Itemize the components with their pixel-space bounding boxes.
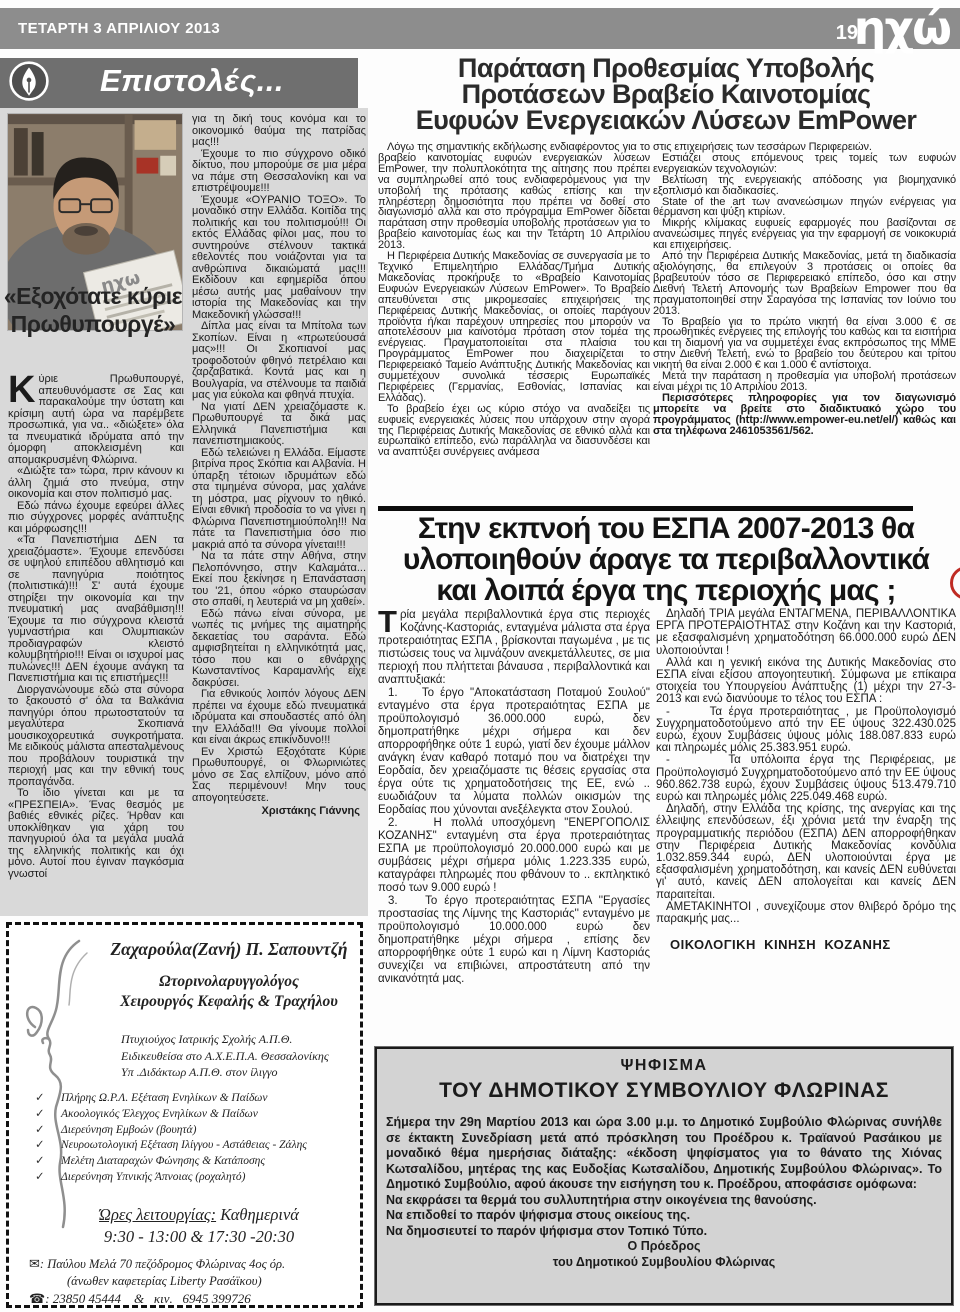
article-paragraph: Το βραβείο έχει ως κύριο στόχο να αναδεί… — [378, 404, 650, 459]
letters-section-bar: Επιστολές... — [0, 58, 358, 108]
newspaper-logo: ηχώ — [854, 1, 950, 55]
letter-paragraph: Έχουμε «ΟΥΡΑΝΙΟ ΤΟΞΟ». Το μοναδικό στην … — [192, 195, 366, 322]
letter-paragraph: Εδώ πάνω είναι σύνορα, με νωπές τις μνήμ… — [192, 609, 366, 690]
service-item: ✓Πλήρης Ω.Ρ.Λ. Εξέταση Ενηλίκων & Παίδων — [35, 1091, 357, 1107]
credential-line: Ειδικευθείσα στο Α.Χ.Ε.Π.Α. Θεσσαλονίκης — [121, 1048, 329, 1065]
service-item: ✓Νευροωτολογική Εξέταση Ιλίγγου - Αστάθε… — [35, 1138, 357, 1154]
resolution-subtitle: ΤΟΥ ΔΗΜΟΤΙΚΟΥ ΣΥΜΒΟΥΛΙΟΥ ΦΛΩΡΙΝΑΣ — [377, 1079, 951, 1103]
letter-title: «Εξοχότατε κύριε Πρωθυπουργέ» — [2, 282, 184, 338]
resolution-signer-role: Ο Πρόεδρος — [377, 1239, 951, 1255]
article-paragraph: Τρία μεγάλα περιβαλλοντικά έργα στις περ… — [378, 609, 650, 687]
article-paragraph: Από την Περιφέρεια Δυτικής Μακεδονίας, μ… — [653, 251, 956, 316]
letter-paragraph: «Τα Πανεπιστήμια ΔΕΝ τα χρειαζόμαστε». Έ… — [8, 535, 184, 685]
letter-signature: Χριστάκης Γιάννης — [192, 806, 366, 818]
letter-paragraph: Το ίδιο γίνεται και με τα «ΠΡΕΣΠΕΙΑ». Έν… — [8, 788, 184, 880]
doctor-specialty: Χειρουργός Κεφαλής & Τραχήλου — [97, 993, 361, 1011]
credential-line: Υπ .Διδάκτωρ Α.Π.Θ. στον ίλιγγο — [121, 1064, 329, 1081]
letter-paragraph: «Διώξτε τα» τώρα, πριν κάνουν κι άλλη ζη… — [8, 466, 184, 501]
check-icon: ✓ — [35, 1170, 61, 1186]
letter-paragraph: Έχουμε το πιο σύγχρονο οδικό δίκτυο, που… — [192, 149, 366, 195]
service-item: ✓Διερεύνηση Υπνικής Άπνοιας (ροχαλητό) — [35, 1170, 357, 1186]
letter-paragraph: Εδώ πάνω έχουμε εφεύρει άλλες πιο σύγχρο… — [8, 501, 184, 536]
article-paragraph: Δηλαδή, στην Ελλάδα της κρίσης, της ανερ… — [656, 803, 956, 901]
resolution-box: ΨΗΦΙΣΜΑ ΤΟΥ ΔΗΜΟΤΙΚΟΥ ΣΥΜΒΟΥΛΙΟΥ ΦΛΩΡΙΝΑ… — [375, 1047, 953, 1305]
espa-column-1: Τρία μεγάλα περιβαλλοντικά έργα στις περ… — [378, 609, 650, 1021]
phone-icon: ☎ — [29, 1292, 45, 1307]
letter-paragraph: Διοργανώνουμε εδώ στα σύνορα το ξακουστό… — [8, 685, 184, 789]
letter-paragraph: Κύριε Πρωθυπουργέ, απευθυνόμαστε σε Σας … — [8, 374, 184, 466]
check-icon: ✓ — [35, 1091, 61, 1107]
letter-paragraph: για τη δική τους κονόμα και το οικονομικ… — [192, 114, 366, 149]
article-paragraph: Η Περιφέρεια Δυτικής Μακεδονίας σε συνερ… — [378, 251, 650, 404]
doctor-advertisement: Ζαχαρούλα(Ζανή) Π. Σαπουντζή Ωτορινολαρυ… — [6, 922, 363, 1308]
article-paragraph: Βελτίωση της ενεργειακής απόδοσης για βι… — [653, 175, 956, 197]
opening-hours-label: Ώρες λειτουργίας: Καθημερινά — [49, 1205, 349, 1225]
service-item: ✓Διερεύνηση Εμβοών (βουητά) — [35, 1123, 357, 1139]
title-line: και λοιπά έργα της περιοχής μας ; — [374, 575, 958, 606]
resolution-title: ΨΗΦΙΣΜΑ — [377, 1057, 951, 1075]
resolution-body: Σήμερα την 29η Μαρτίου 2013 και ώρα 3.00… — [386, 1115, 942, 1193]
letter-paragraph: Εδώ τελειώνει η Ελλάδα. Είμαστε βιτρίνα … — [192, 448, 366, 552]
letter-paragraph: Να γιατί ΔΕΝ χρειαζόμαστε κ. Πρωθυπουργέ… — [192, 402, 366, 448]
article-paragraph: Δηλαδή ΤΡΙΑ μεγάλα ΕΝΤΑΓΜΕΝΑ, ΠΕΡΙΒΑΛΛΟΝ… — [656, 608, 956, 657]
newspaper-page: ΤΕΤΑΡΤΗ 3 ΑΠΡΙΛΙΟΥ 2013 19 ηχώ Επιστολές… — [0, 0, 960, 1312]
service-item: ✓Μελέτη Διαταραχών Φώνησης & Κατάποσης — [35, 1154, 357, 1170]
service-item: ✓Ακοολογικός Έλεγχος Ενηλίκων & Παίδων — [35, 1107, 357, 1123]
check-icon: ✓ — [35, 1154, 61, 1170]
doctor-name: Ζαχαρούλα(Ζανή) Π. Σαπουντζή — [97, 939, 361, 960]
resolution-signer-org: του Δημοτικού Συμβουλίου Φλώρινας — [377, 1255, 951, 1271]
title-line: Ευφυών Ενεργειακών Λύσεων EmPower — [374, 107, 958, 133]
article-paragraph: 3. Το έργο προτεραιότητας ΕΣΠΑ ''Εργασίε… — [378, 895, 650, 986]
article-paragraph: Εστιάζει στους επόμενους τρεις τομείς τω… — [653, 153, 956, 175]
envelope-icon: ✉ — [29, 1257, 40, 1272]
title-line: Στην εκπνοή του ΕΣΠΑ 2007-2013 θα — [374, 513, 958, 544]
letter-paragraph: Να τα πάτε στην Αθήνα, στην Πελοπόννησο,… — [192, 551, 366, 609]
check-icon: ✓ — [35, 1107, 61, 1123]
services-list: ✓Πλήρης Ω.Ρ.Λ. Εξέταση Ενηλίκων & Παίδων… — [35, 1091, 357, 1186]
letter-paragraph: Δίπλα μας είναι τα Μπίτολα των Σκοπίων. … — [192, 321, 366, 402]
letter-column-2: για τη δική τους κονόμα και το οικονομικ… — [192, 114, 366, 914]
article-paragraph: Αλλά και η γενική εικόνα της Δυτικής Μακ… — [656, 657, 956, 706]
drop-cap: Τ — [378, 609, 400, 634]
opening-hours-value: 9:30 - 13:00 & 17:30 -20:30 — [49, 1227, 349, 1247]
section-divider — [378, 506, 913, 511]
letter-paragraph: Για εθνικούς λοιπόν λόγους ΔΕΝ πρέπει να… — [192, 689, 366, 747]
credential-line: Πτυχιούχος Ιατρικής Σχολής Α.Π.Θ. — [121, 1031, 329, 1048]
address-line: ✉: Παύλου Μελά 70 πεζόδρομος Φλώρινας 4ο… — [29, 1257, 285, 1272]
article-paragraph: Μικρής κλίμακας ευφυείς εφαρμογές που βα… — [653, 218, 956, 251]
letters-section-title: Επιστολές... — [100, 63, 284, 99]
empower-column-1: Λόγω της σημαντικής εκδήλωσης ενδιαφέρον… — [378, 142, 650, 506]
article-paragraph: - Τα έργα προτεραιότητας , με Προϋπολογι… — [656, 706, 956, 755]
letter-paragraph: Εν Χριστώ Εξοχότατε Κύριε Πρωθυπουργέ, ο… — [192, 747, 366, 805]
article-paragraph: Το Βραβείο για το πρώτο νικητή θα είναι … — [653, 317, 956, 372]
espa-article-title: Στην εκπνοή του ΕΣΠΑ 2007-2013 θα υλοποι… — [374, 513, 958, 606]
doctor-credentials: Πτυχιούχος Ιατρικής Σχολής Α.Π.Θ. Ειδικε… — [121, 1031, 329, 1081]
title-line: υλοποιηθούν άραγε τα περιβαλλοντικά — [374, 544, 958, 575]
doctor-specialty: Ωτορινολαρυγγολόγος — [97, 973, 361, 991]
resolution-item: Να εκφράσει τα θερμά του συλλυπητήρια στ… — [386, 1193, 942, 1209]
article-paragraph: Λόγω της σημαντικής εκδήλωσης ενδιαφέρον… — [378, 142, 650, 251]
phone-line: ☎: 23850 45444 & κιν. 6945 399726 — [29, 1291, 251, 1307]
resolution-item: Να δημοσιευτεί το παρόν ψήφισμα στον Τοπ… — [386, 1224, 942, 1240]
article-paragraph: 2. Η πολλά υποσχόμενη "ΕΝΕΡΓΟΠΟΛΙΣ ΚΟΖΑΝ… — [378, 817, 650, 895]
title-line: Παράταση Προθεσμίας Υποβολής — [374, 55, 958, 81]
issue-date: ΤΕΤΑΡΤΗ 3 ΑΠΡΙΛΙΟΥ 2013 — [18, 20, 220, 37]
title-line: Προτάσεων Βραβείο Καινοτομίας — [374, 81, 958, 107]
check-icon: ✓ — [35, 1138, 61, 1154]
article-paragraph: State of the art των ανανεώσιμων πηγών ε… — [653, 197, 956, 219]
contact-info: Περισσότερες πληροφορίες για τον διαγωνι… — [653, 393, 956, 437]
address-line-2: (άνωθεν καφετερίας Liberty Ρασάϊκου) — [67, 1274, 262, 1289]
article-paragraph: 1. Το έργο "Αποκατάσταση Ποταμού Σουλού"… — [378, 687, 650, 817]
pen-nib-icon — [8, 60, 50, 102]
article-paragraph: - Τα υπόλοιπα έργα της Περιφέρειας, με Π… — [656, 754, 956, 803]
empower-article-title: Παράταση Προθεσμίας Υποβολής Προτάσεων Β… — [374, 55, 958, 133]
espa-signature: ΟΙΚΟΛΟΓΙΚΗ ΚΙΝΗΣΗ ΚΟΖΑΝΗΣ — [656, 939, 956, 951]
article-paragraph: Μετά την παράταση η προθεσμία για υποβολ… — [653, 371, 956, 393]
article-paragraph: ΑΜΕΤΑΚΙΝΗΤΟΙ , συνεχίζουμε στον θλιβερό … — [656, 901, 956, 925]
check-icon: ✓ — [35, 1123, 61, 1139]
header-bar: ΤΕΤΑΡΤΗ 3 ΑΠΡΙΛΙΟΥ 2013 19 ηχώ — [0, 8, 960, 49]
empower-column-2: στις επιχειρήσεις των τεσσάρων Περιφερει… — [653, 142, 956, 504]
espa-column-2: Δηλαδή ΤΡΙΑ μεγάλα ΕΝΤΑΓΜΕΝΑ, ΠΕΡΙΒΑΛΛΟΝ… — [656, 608, 956, 1046]
letter-column-1: Κύριε Πρωθυπουργέ, απευθυνόμαστε σε Σας … — [8, 374, 184, 914]
drop-cap: Κ — [8, 374, 38, 406]
resolution-item: Να επιδοθεί το παρόν ψήφισμα στους οικεί… — [386, 1208, 942, 1224]
